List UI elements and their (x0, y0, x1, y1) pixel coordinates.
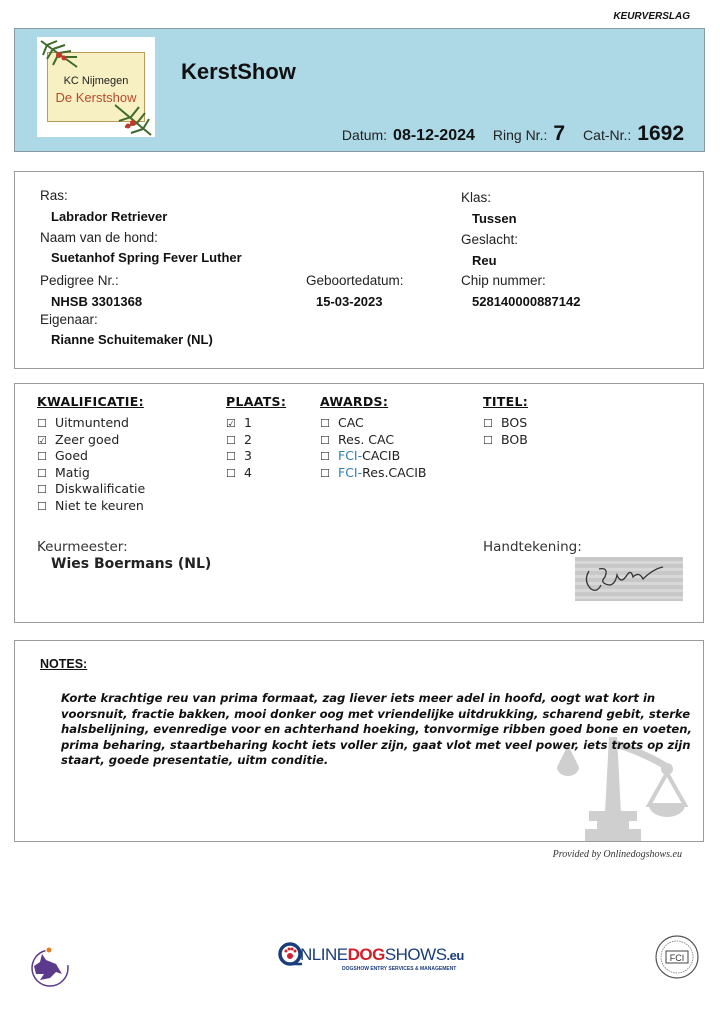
option-label: BOS (501, 415, 527, 430)
pine-branch-icon (107, 99, 155, 137)
show-header: KC Nijmegen De Kerstshow KerstShow Datum… (14, 28, 705, 152)
option-label: Diskwalificatie (55, 481, 145, 496)
kwalificatie-heading: KWALIFICATIE: (37, 394, 144, 409)
option-item[interactable]: ☐Res. CAC (320, 432, 426, 449)
paw-ring-icon (278, 942, 302, 968)
titel-heading: TITEL: (483, 394, 528, 409)
awards-list: ☐CAC☐Res. CAC☐FCI-CACIB☐FCI-Res.CACIB (320, 415, 426, 481)
signature-scribble-icon (575, 557, 683, 601)
judging-section: KWALIFICATIE: ☐Uitmuntend☑Zeer goed☐Goed… (14, 383, 704, 623)
notes-text: Korte krachtige reu van prima formaat, z… (61, 691, 701, 769)
option-item[interactable]: ☐FCI-Res.CACIB (320, 465, 426, 482)
awards-heading: AWARDS: (320, 394, 388, 409)
option-item[interactable]: ☐CAC (320, 415, 426, 432)
option-label: Zeer goed (55, 432, 119, 447)
option-label: Goed (55, 448, 88, 463)
unchecked-box-icon[interactable]: ☐ (320, 416, 338, 432)
option-item[interactable]: ☑Zeer goed (37, 432, 145, 449)
option-item[interactable]: ☐BOS (483, 415, 528, 432)
notes-section: NOTES: Korte krachtige reu van prima for… (14, 640, 704, 842)
breed-label: Ras: (40, 188, 68, 203)
show-logo: KC Nijmegen De Kerstshow (37, 37, 155, 137)
class-label: Klas: (461, 190, 491, 205)
pedigree-label: Pedigree Nr.: (40, 273, 119, 288)
unchecked-box-icon[interactable]: ☐ (226, 449, 244, 465)
birthdate-label: Geboortedatum: (306, 273, 404, 288)
pine-branch-icon (37, 37, 87, 77)
fci-prefix: FCI- (338, 448, 362, 463)
option-item[interactable]: ☐4 (226, 465, 252, 482)
plaats-list: ☑1☐2☐3☐4 (226, 415, 252, 481)
ring-value: 7 (553, 122, 565, 146)
unchecked-box-icon[interactable]: ☐ (37, 499, 55, 515)
onlinedogshows-logo[interactable]: NLINEDOGSHOWS.eu DOGSHOW ENTRY SERVICES … (278, 942, 458, 978)
option-item[interactable]: ☐BOB (483, 432, 528, 449)
class-value: Tussen (472, 211, 517, 226)
option-label: Niet te keuren (55, 498, 144, 513)
show-title: KerstShow (181, 59, 296, 85)
pedigree-value: NHSB 3301368 (51, 294, 142, 309)
option-label: Res.CACIB (362, 465, 426, 480)
signature-image (575, 557, 683, 601)
unchecked-box-icon[interactable]: ☐ (483, 416, 501, 432)
unchecked-box-icon[interactable]: ☐ (320, 466, 338, 482)
titel-list: ☐BOS☐BOB (483, 415, 528, 448)
unchecked-box-icon[interactable]: ☐ (37, 449, 55, 465)
breed-value: Labrador Retriever (51, 209, 167, 224)
dog-info-section: Ras: Labrador Retriever Naam van de hond… (14, 171, 704, 369)
option-item[interactable]: ☐Goed (37, 448, 145, 465)
show-meta: Datum: 08-12-2024 Ring Nr.: 7 Cat-Nr.: 1… (342, 122, 684, 146)
ods-subtitle: DOGSHOW ENTRY SERVICES & MANAGEMENT (342, 966, 456, 972)
unchecked-box-icon[interactable]: ☐ (320, 433, 338, 449)
checked-box-icon[interactable]: ☑ (37, 433, 55, 449)
option-label: 2 (244, 432, 252, 447)
owner-label: Eigenaar: (40, 312, 98, 327)
owner-value: Rianne Schuitemaker (NL) (51, 332, 213, 347)
dog-name-label: Naam van de hond: (40, 230, 158, 245)
judge-label: Keurmeester: (37, 539, 128, 555)
document-type-label: KEURVERSLAG (613, 11, 690, 22)
signature-label: Handtekening: (483, 539, 582, 555)
option-label: CAC (338, 415, 364, 430)
option-item[interactable]: ☐2 (226, 432, 252, 449)
option-label: CACIB (362, 448, 400, 463)
option-label: Matig (55, 465, 90, 480)
option-label: 4 (244, 465, 252, 480)
option-item[interactable]: ☑1 (226, 415, 252, 432)
cat-value: 1692 (637, 122, 684, 146)
notes-heading: NOTES: (40, 657, 87, 671)
fci-prefix: FCI- (338, 465, 362, 480)
kwalificatie-list: ☐Uitmuntend☑Zeer goed☐Goed☐Matig☐Diskwal… (37, 415, 145, 514)
ods-wordmark: NLINEDOGSHOWS.eu (300, 945, 464, 965)
dog-name-value: Suetanhof Spring Fever Luther (51, 250, 242, 265)
date-label: Datum: (342, 127, 387, 143)
cat-label: Cat-Nr.: (583, 127, 631, 143)
option-item[interactable]: ☐Diskwalificatie (37, 481, 145, 498)
provided-by-text: Provided by Onlinedogshows.eu (553, 849, 682, 860)
birthdate-value: 15-03-2023 (316, 294, 383, 309)
dog-agility-logo-icon (26, 944, 72, 990)
unchecked-box-icon[interactable]: ☐ (320, 449, 338, 465)
date-value: 08-12-2024 (393, 127, 475, 145)
option-item[interactable]: ☐FCI-CACIB (320, 448, 426, 465)
judge-name: Wies Boermans (NL) (51, 556, 211, 572)
svg-text:FCI: FCI (670, 953, 685, 963)
chip-value: 528140000887142 (472, 294, 580, 309)
unchecked-box-icon[interactable]: ☐ (226, 466, 244, 482)
option-item[interactable]: ☐Uitmuntend (37, 415, 145, 432)
plaats-heading: PLAATS: (226, 394, 286, 409)
unchecked-box-icon[interactable]: ☐ (37, 416, 55, 432)
option-label: 3 (244, 448, 252, 463)
unchecked-box-icon[interactable]: ☐ (37, 466, 55, 482)
ring-label: Ring Nr.: (493, 127, 547, 143)
sex-label: Geslacht: (461, 232, 518, 247)
option-label: 1 (244, 415, 252, 430)
unchecked-box-icon[interactable]: ☐ (226, 433, 244, 449)
option-item[interactable]: ☐Matig (37, 465, 145, 482)
fci-logo-icon: FCI (654, 934, 700, 980)
unchecked-box-icon[interactable]: ☐ (37, 482, 55, 498)
option-label: BOB (501, 432, 528, 447)
option-item[interactable]: ☐Niet te keuren (37, 498, 145, 515)
option-label: Res. CAC (338, 432, 394, 447)
option-item[interactable]: ☐3 (226, 448, 252, 465)
chip-label: Chip nummer: (461, 273, 546, 288)
sex-value: Reu (472, 253, 497, 268)
unchecked-box-icon[interactable]: ☐ (483, 433, 501, 449)
checked-box-icon[interactable]: ☑ (226, 416, 244, 432)
option-label: Uitmuntend (55, 415, 129, 430)
